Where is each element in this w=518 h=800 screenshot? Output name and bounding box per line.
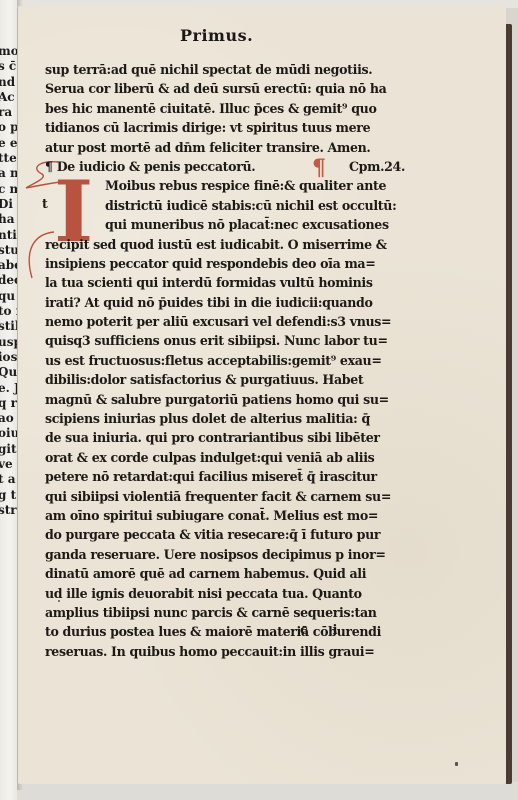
text-line: districtū iudicē stabis:cū nichil est oc… xyxy=(45,196,405,215)
previous-page-edge: mos c̄ndAcrao pe ettea mc mDihantiastuab… xyxy=(0,0,17,800)
text-line: qui sibiipsi violentiā frequenter facit … xyxy=(45,487,405,506)
previous-page-line: tte xyxy=(0,151,17,166)
previous-page-line: ntia xyxy=(0,228,17,243)
previous-page-line: usp xyxy=(0,335,17,350)
text-line: petere nō retardat:qui facilius miseret̄… xyxy=(45,467,405,486)
previous-page-line: stu xyxy=(0,243,17,258)
previous-page-line: oiu xyxy=(0,426,17,441)
text-line: reseruas. In quibus homo peccauit:in ill… xyxy=(45,642,405,661)
text-line: to durius postea lues & maiorē materiā c… xyxy=(45,622,405,641)
previous-page-line: stil xyxy=(0,319,17,334)
text-line: irati? At quid nō p̄uides tibi in die iu… xyxy=(45,293,405,312)
signature-mark: c i xyxy=(300,623,347,638)
previous-page-line: gite xyxy=(0,442,17,457)
binding-edge xyxy=(506,24,512,784)
previous-page-line: ios xyxy=(0,350,17,365)
text-line: atur post mortē ad dn̄m feliciter transi… xyxy=(45,138,405,157)
previous-page-line: nd xyxy=(0,75,17,90)
previous-page-line: ra xyxy=(0,105,17,120)
text-line: scipiens iniurias plus dolet de alterius… xyxy=(45,409,405,428)
running-head: Primus. xyxy=(180,26,253,45)
text-line: dibilis:dolor satisfactorius & purgatiuu… xyxy=(45,370,405,389)
text-line: insipiens peccator quid respondebis deo … xyxy=(45,254,405,273)
previous-page-line: qu xyxy=(0,289,17,304)
text-line: Moibus rebus respice finē:& qualiter ant… xyxy=(45,176,405,195)
previous-page-text: mos c̄ndAcrao pe ettea mc mDihantiastuab… xyxy=(0,44,17,518)
previous-page-line: dec xyxy=(0,273,17,288)
paper-blemish xyxy=(455,762,458,766)
background-bottom xyxy=(0,782,518,800)
text-line: do purgare peccata & vitia resecare:q̄ ī… xyxy=(45,525,405,544)
previous-page-line: ha xyxy=(0,212,17,227)
paper-blemish xyxy=(58,600,60,602)
previous-page-line: t a xyxy=(0,472,17,487)
previous-page-line: ao xyxy=(0,411,17,426)
text-line: la tua scienti qui interdū formidas vult… xyxy=(45,273,405,292)
text-line: sup terrā:ad quē nichil spectat de mūdi … xyxy=(45,60,405,79)
previous-page-line: Qu xyxy=(0,365,17,380)
previous-page-line: s c̄ xyxy=(0,59,17,74)
previous-page-line: ve xyxy=(0,457,17,472)
text-line: tidianos cū lacrimis dirige: vt spiritus… xyxy=(45,118,405,137)
previous-page-line: e. J xyxy=(0,381,17,396)
text-line: magnū & salubre purgatoriū patiens homo … xyxy=(45,390,405,409)
text-line: quisq3 sufficiens onus erit sibiipsi. Nu… xyxy=(45,331,405,350)
previous-page-line: e e xyxy=(0,136,17,151)
text-line: ganda reseruare. Uere nosipsos decipimus… xyxy=(45,545,405,564)
previous-page-line: mo xyxy=(0,44,17,59)
text-line: us est fructuosus:fletus acceptabilis:ge… xyxy=(45,351,405,370)
text-line: am oīno spiritui subiugare conat̄. Meliu… xyxy=(45,506,405,525)
text-line: recipit sed quod iustū est iudicabit. O … xyxy=(45,235,405,254)
chapter-heading: ¶ De iudicio & penis peccatorū. xyxy=(45,157,255,176)
previous-page-line: to n xyxy=(0,304,17,319)
previous-page-line: stra xyxy=(0,503,17,518)
text-line: ud ille ignis deuorabit nisi peccata tua… xyxy=(45,584,405,603)
previous-page-line: g t xyxy=(0,488,17,503)
previous-page-line: abe xyxy=(0,258,17,273)
previous-page-line: Ac xyxy=(0,90,17,105)
chapter-heading-line: ¶ De iudicio & penis peccatorū. Cpm.24. xyxy=(45,157,405,176)
text-line: qui muneribus nō placat̄:nec excusatione… xyxy=(45,215,405,234)
text-line: bes hic manentē ciuitatē. Illuc p̄ces & … xyxy=(45,99,405,118)
previous-page-line: a m xyxy=(0,166,17,181)
previous-page-line: c m xyxy=(0,182,17,197)
text-line: de sua iniuria. qui pro contrariantibus … xyxy=(45,428,405,447)
text-line: orat & ex corde culpas indulget:qui veni… xyxy=(45,448,405,467)
text-line: Serua cor liberū & ad deū sursū erectū: … xyxy=(45,79,405,98)
previous-page-line: Di xyxy=(0,197,17,212)
text-line: amplius tibiipsi nunc parcis & carnē seq… xyxy=(45,603,405,622)
chapter-number: Cpm.24. xyxy=(349,157,405,176)
previous-page-line: q r xyxy=(0,396,17,411)
text-line: nemo poterit per aliū excusari vel defen… xyxy=(45,312,405,331)
previous-page-line: o p xyxy=(0,120,17,135)
text-line: dinatū amorē quē ad carnem habemus. Quid… xyxy=(45,564,405,583)
main-text: sup terrā:ad quē nichil spectat de mūdi … xyxy=(45,60,405,661)
